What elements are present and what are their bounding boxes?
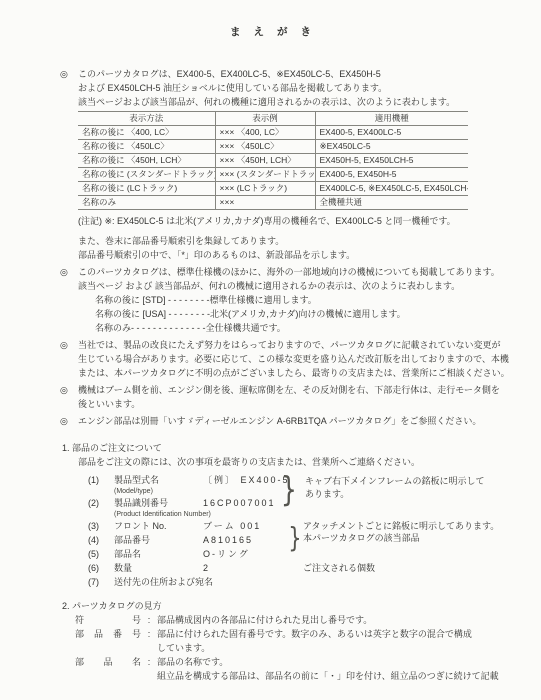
cell-method: 名称の後に 〈450LC〉 xyxy=(78,140,215,154)
item-label: 製品型式名 (Model/type) xyxy=(114,474,203,496)
cell-method: 名称の後に 〈400, LC〉 xyxy=(78,126,215,140)
intro-paragraph: ◎ このパーツカタログは、EX400-5、EX400LC-5、※EX450LC-… xyxy=(60,67,495,109)
overseas-line: 該当ページ および 該当部品が、何れの機械に適用されるかの表示は、次のように表わ… xyxy=(78,279,500,293)
cell-example: ××× 〈450LC〉 xyxy=(215,140,315,154)
overseas-paragraph: ◎ このパーツカタログは、標準仕様機のほかに、海外の一部地域向けの機械についても… xyxy=(60,265,495,335)
reading-heading: 2. パーツカタログの見方 xyxy=(62,599,495,613)
bullet-icon: ◎ xyxy=(60,265,78,335)
cell-models: EX400LC-5, ※EX450LC-5, EX450LCH-5 xyxy=(315,182,468,196)
header-display-method: 表示方法 xyxy=(78,112,215,126)
revision-line: 生じている場合があります。必要に応じて、この様な変更を盛り込んだ改訂版を出してお… xyxy=(78,352,510,366)
definition-row: 符号 : 部品構成図内の各部品に付けられた見出し番号です。 xyxy=(75,613,495,627)
orientation-text: 機械はブーム側を前、エンジン側を後、運転席側を左、その反対側を右、下部走行体は、… xyxy=(78,383,500,411)
cell-example: ××× (LCトラック) xyxy=(215,182,315,196)
overseas-text: このパーツカタログは、標準仕様機のほかに、海外の一部地域向けの機械についても掲載… xyxy=(78,265,500,335)
page-content: ◎ このパーツカタログは、EX400-5、EX400LC-5、※EX450LC-… xyxy=(0,67,541,683)
item-label-main: 製品識別番号 xyxy=(114,498,168,508)
engine-paragraph: ◎ エンジン部品は別冊「いすゞディーゼルエンジン A-6RB1TQA パーツカタ… xyxy=(60,414,495,428)
cell-models: EX450H-5, EX450LCH-5 xyxy=(315,154,468,168)
cell-models: EX400-5, EX400LC-5 xyxy=(315,126,468,140)
def-description: 部品に付けられた固有番号です。数字のみ、あるいは英字と数字の混合で構成しています… xyxy=(157,627,477,655)
ordering-heading: 1. 部品のご注文について xyxy=(62,441,495,455)
table-row: 名称の後に (スタンダードトラック) ××× (スタンダードトラック) EX40… xyxy=(78,168,468,182)
page-title: まえがき xyxy=(0,0,541,39)
brace-note-items-4-5: 本パーツカタログの該当部品 xyxy=(303,532,420,545)
table-row: 名称の後に (LCトラック) ××× (LCトラック) EX400LC-5, ※… xyxy=(78,182,468,196)
orientation-line: 機械はブーム側を前、エンジン側を後、運転席側を左、その反対側を右、下部走行体は、… xyxy=(78,383,500,397)
cell-example: ××× 〈400, LC〉 xyxy=(215,126,315,140)
item-label-main: 部品番号 xyxy=(114,535,150,545)
item-label-main: 送付先の住所および宛名 xyxy=(114,577,213,587)
def-description: 部品の名称です。 xyxy=(157,655,477,669)
definition-row: 部品番号 : 部品に付けられた固有番号です。数字のみ、あるいは英字と数字の混合で… xyxy=(75,627,495,655)
cell-models: 全機種共通 xyxy=(315,196,468,210)
engine-line: エンジン部品は別冊「いすゞディーゼルエンジン A-6RB1TQA パーツカタログ… xyxy=(78,414,495,428)
table-row: 名称の後に 〈450LC〉 ××× 〈450LC〉 ※EX450LC-5 xyxy=(78,140,468,154)
def-continuation: 組立品を構成する部品は、部品名の前に「・」印を付け、組立品のつぎに続けて記載 xyxy=(157,669,495,683)
brace-items-4-5: } xyxy=(288,524,301,552)
order-item: (6) 数量 2 ご注文される個数 xyxy=(88,562,488,575)
item-number: (2) xyxy=(88,497,114,510)
cell-method: 名称の後に (LCトラック) xyxy=(78,182,215,196)
intro-line: 該当ページおよび該当部品が、何れの機種に適用されるかの表示は、次のように表わしま… xyxy=(78,95,495,109)
item-number: (1) xyxy=(88,474,114,487)
item-label-main: 製品型式名 xyxy=(114,475,159,485)
definition-row: 部品名 : 部品の名称です。 xyxy=(75,655,495,669)
item-label-main: 数量 xyxy=(114,563,132,573)
cell-method: 名称の後に (スタンダードトラック) xyxy=(78,168,215,182)
bullet-icon: ◎ xyxy=(60,383,78,411)
std-line: 名称の後に [STD] - - - - - - - -標準仕様機に適用します。 xyxy=(95,293,500,307)
index-note-1: また、巻末に部品番号順索引を集録してあります。 xyxy=(78,234,495,248)
def-term: 部品名 xyxy=(75,655,141,669)
usa-line: 名称の後に [USA] - - - - - - - -北米(アメリカ,カナダ)向… xyxy=(95,307,500,321)
index-note-2: 部品番号順索引の中で、「*」印のあるものは、新設部品を示します。 xyxy=(78,248,495,262)
cell-example: ××× 〈450H, LCH〉 xyxy=(215,154,315,168)
catalog-preface-page: まえがき ◎ このパーツカタログは、EX400-5、EX400LC-5、※EX4… xyxy=(0,0,541,700)
item-label-sub: (Product Identification Number) xyxy=(114,510,203,519)
header-applicable-models: 適用機種 xyxy=(315,112,468,126)
header-display-example: 表示例 xyxy=(215,112,315,126)
brace-note-items-1-2: キャブ右下メインフレームの銘板に明示してあります。 xyxy=(305,475,490,501)
brace-items-1-2: } xyxy=(281,473,297,507)
cell-method: 名称のみ xyxy=(78,196,215,210)
model-display-table: 表示方法 表示例 適用機種 名称の後に 〈400, LC〉 ××× 〈400, … xyxy=(78,111,468,210)
item-label: 数量 xyxy=(114,562,203,575)
revision-line: 当社では、製品の改良にたえず努力をはらっておりますので、パーツカタログに記載され… xyxy=(78,338,510,352)
name-only-line: 名称のみ- - - - - - - - - - - - - -全仕様機共通です。 xyxy=(95,321,500,335)
item-note: ご注文される個数 xyxy=(303,562,488,575)
revision-paragraph: ◎ 当社では、製品の改良にたえず努力をはらっておりますので、パーツカタログに記載… xyxy=(60,338,495,380)
order-item-list: (1) 製品型式名 (Model/type) 〔例〕 EX400-5 (2) 製… xyxy=(88,474,488,589)
item-label-sub: (Model/type) xyxy=(114,487,203,496)
intro-line: このパーツカタログは、EX400-5、EX400LC-5、※EX450LC-5、… xyxy=(78,67,495,81)
engine-text: エンジン部品は別冊「いすゞディーゼルエンジン A-6RB1TQA パーツカタログ… xyxy=(78,414,495,428)
item-label-main: 部品名 xyxy=(114,549,141,559)
remark-note: (注記) ※: EX450LC-5 は北米(アメリカ,カナダ)専用の機種名で、E… xyxy=(78,214,495,228)
cell-method: 名称の後に 〈450H, LCH〉 xyxy=(78,154,215,168)
cell-example: ××× xyxy=(215,196,315,210)
item-label: 製品識別番号 (Product Identification Number) xyxy=(114,497,203,519)
item-number: (3) xyxy=(88,520,114,533)
item-number: (7) xyxy=(88,576,114,589)
cell-models: EX400-5, EX450H-5 xyxy=(315,168,468,182)
orientation-paragraph: ◎ 機械はブーム側を前、エンジン側を後、運転席側を左、その反対側を右、下部走行体… xyxy=(60,383,495,411)
intro-text: このパーツカタログは、EX400-5、EX400LC-5、※EX450LC-5、… xyxy=(78,67,495,109)
item-value: 2 xyxy=(203,562,303,575)
bullet-icon: ◎ xyxy=(60,338,78,380)
item-label: 部品名 xyxy=(114,548,203,561)
ordering-intro: 部品をご注文の際には、次の事項を最寄りの支店または、営業所へご連絡ください。 xyxy=(78,455,495,469)
cell-example: ××× (スタンダードトラック) xyxy=(215,168,315,182)
item-label-main: フロント No. xyxy=(114,521,167,531)
item-label: 部品番号 xyxy=(114,534,203,547)
table-header-row: 表示方法 表示例 適用機種 xyxy=(78,112,468,126)
def-term: 部品番号 xyxy=(75,627,141,641)
revision-line: または、本パーツカタログに不明の点がございましたら、最寄りの支店または、営業所に… xyxy=(78,366,510,380)
table-row: 名称の後に 〈450H, LCH〉 ××× 〈450H, LCH〉 EX450H… xyxy=(78,154,468,168)
item-number: (4) xyxy=(88,534,114,547)
orientation-line: 後といいます。 xyxy=(78,397,500,411)
reading-section: 2. パーツカタログの見方 符号 : 部品構成図内の各部品に付けられた見出し番号… xyxy=(60,599,495,683)
order-item: (7) 送付先の住所および宛名 xyxy=(88,576,488,589)
overseas-line: このパーツカタログは、標準仕様機のほかに、海外の一部地域向けの機械についても掲載… xyxy=(78,265,500,279)
item-label: 送付先の住所および宛名 xyxy=(114,576,213,589)
item-number: (5) xyxy=(88,548,114,561)
item-number: (6) xyxy=(88,562,114,575)
intro-line: および EX450LCH-5 油圧ショベルに使用している部品を掲載してあります。 xyxy=(78,81,495,95)
def-colon: : xyxy=(141,613,157,627)
revision-text: 当社では、製品の改良にたえず努力をはらっておりますので、パーツカタログに記載され… xyxy=(78,338,510,380)
cell-models: ※EX450LC-5 xyxy=(315,140,468,154)
def-colon: : xyxy=(141,627,157,641)
def-description: 部品構成図内の各部品に付けられた見出し番号です。 xyxy=(157,613,477,627)
def-term: 符号 xyxy=(75,613,141,627)
def-colon: : xyxy=(141,655,157,669)
bullet-icon: ◎ xyxy=(60,67,78,109)
item-label: フロント No. xyxy=(114,520,203,533)
table-row: 名称の後に 〈400, LC〉 ××× 〈400, LC〉 EX400-5, E… xyxy=(78,126,468,140)
bullet-icon: ◎ xyxy=(60,414,78,428)
table-row: 名称のみ ××× 全機種共通 xyxy=(78,196,468,210)
